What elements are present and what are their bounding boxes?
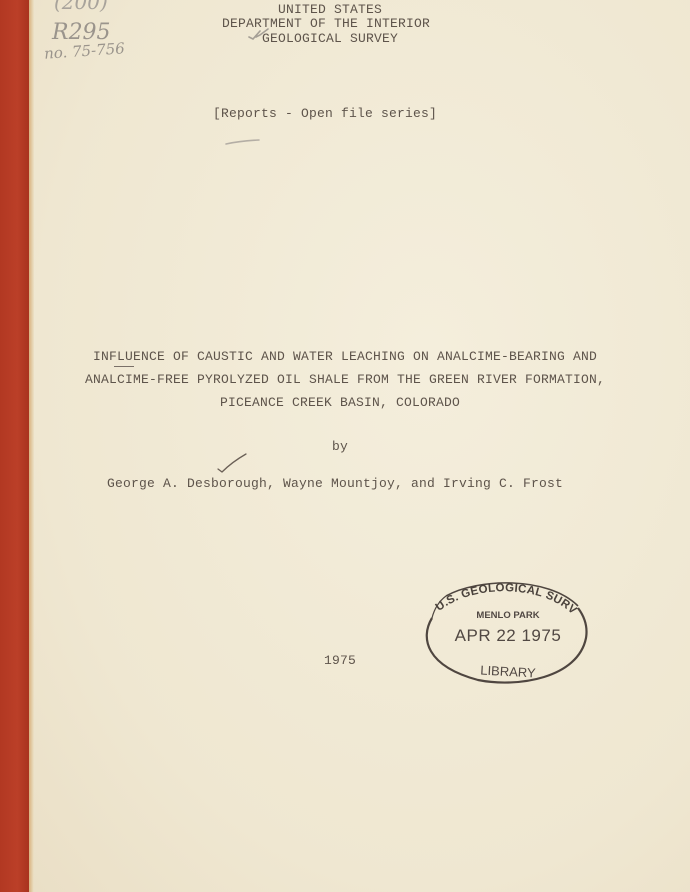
publication-year: 1975 <box>300 653 380 668</box>
header-line-1: UNITED STATES <box>200 2 460 17</box>
title-line-3: PICEANCE CREEK BASIN, COLORADO <box>50 395 630 410</box>
authors: George A. Desborough, Wayne Mountjoy, an… <box>60 476 610 491</box>
red-binding-strip <box>0 0 29 892</box>
pencil-stroke-icon <box>225 138 261 146</box>
header-line-2: DEPARTMENT OF THE INTERIOR <box>200 16 452 31</box>
title-line-2: ANALCIME-FREE PYROLYZED OIL SHALE FROM T… <box>50 372 640 387</box>
stamp-date: APR 22 1975 <box>448 626 568 646</box>
pencil-check-icon <box>248 28 270 40</box>
check-mark-icon <box>216 452 248 474</box>
stamp-location: MENLO PARK <box>458 610 558 621</box>
library-stamp: U.S. GEOLOGICAL SURVEY MENLO PARK APR 22… <box>418 578 588 684</box>
header-line-3: GEOLOGICAL SURVEY <box>200 31 460 46</box>
title-underline-mark <box>114 366 134 367</box>
handwritten-note-1: (200) <box>54 0 108 14</box>
series-label: [Reports - Open file series] <box>170 106 480 121</box>
by-label: by <box>300 439 380 454</box>
title-line-1: INFLUENCE OF CAUSTIC AND WATER LEACHING … <box>50 349 640 364</box>
